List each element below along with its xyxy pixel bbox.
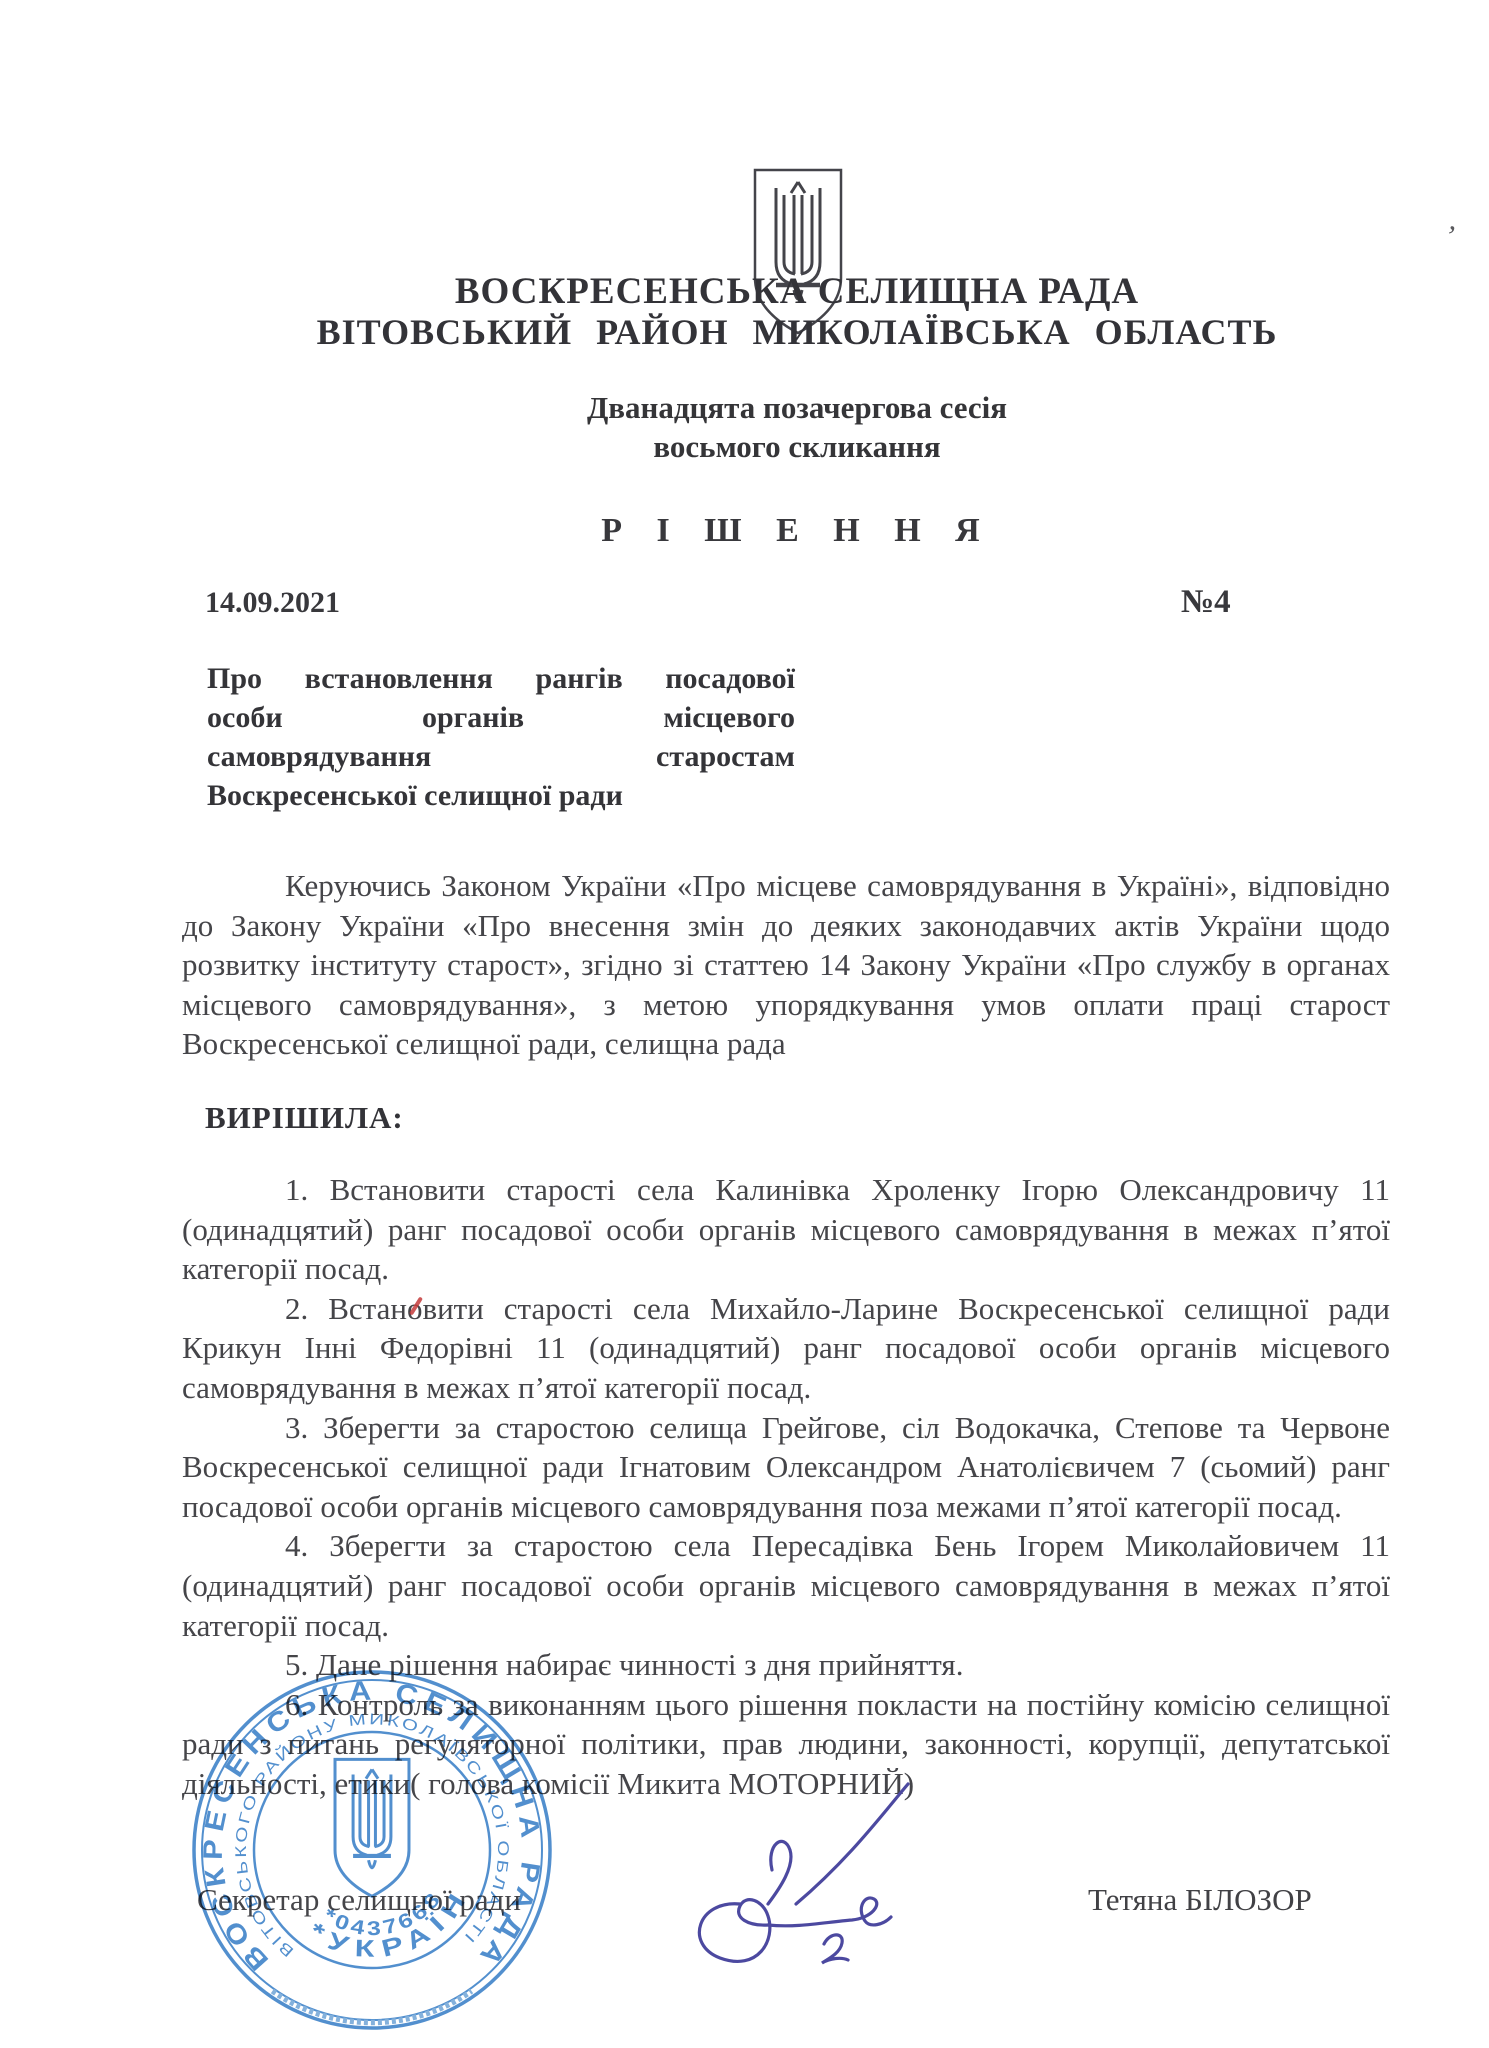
- official-round-stamp: ВОСКРЕСЕНСЬКА СЕЛИЩНА РАДА ВІТОВСЬКОГО Р…: [190, 1668, 554, 2032]
- subject-block: Про встановлення рангів посадової особи …: [207, 659, 795, 815]
- resolved-label: ВИРІШИЛА:: [205, 1100, 404, 1136]
- decision-item-4: 4. Зберегти за старостою села Пересадівк…: [182, 1526, 1390, 1645]
- document-date: 14.09.2021: [205, 586, 340, 620]
- decision-item-3: 3. Зберегти за старостою селища Грейгове…: [182, 1408, 1390, 1527]
- preamble-paragraph: Керуючись Законом України «Про місцеве с…: [182, 866, 1390, 1064]
- document-type-title: Р І Ш Е Н Н Я: [105, 512, 1489, 550]
- scan-artifact-mark: ’: [1444, 219, 1459, 254]
- handwritten-signature: [676, 1772, 926, 1987]
- subject-line: особи органів місцевого: [207, 698, 795, 737]
- subject-line: Воскресенської селищної ради: [207, 776, 795, 815]
- subject-line: самоврядування старостам: [207, 737, 795, 776]
- org-name-line2: ВІТОВСЬКИЙ РАЙОН МИКОЛАЇВСЬКА ОБЛАСТЬ: [105, 311, 1489, 353]
- subject-line: Про встановлення рангів посадової: [207, 659, 795, 698]
- scanned-decision-document: ВОСКРЕСЕНСЬКА СЕЛИЩНА РАДА ВІТОВСЬКИЙ РА…: [0, 0, 1489, 2048]
- org-name-line1: ВОСКРЕСЕНСЬКА СЕЛИЩНА РАДА: [105, 270, 1489, 313]
- decision-item-2: 2. Встановити старості села Михайло-Лари…: [182, 1289, 1390, 1408]
- session-line2: восьмого скликання: [105, 429, 1489, 465]
- session-line1: Дванадцята позачергова сесія: [105, 390, 1489, 426]
- signatory-name: Тетяна БІЛОЗОР: [1088, 1882, 1312, 1918]
- document-number: №4: [1181, 584, 1231, 621]
- decision-item-1: 1. Встановити старості села Калинівка Хр…: [182, 1170, 1390, 1289]
